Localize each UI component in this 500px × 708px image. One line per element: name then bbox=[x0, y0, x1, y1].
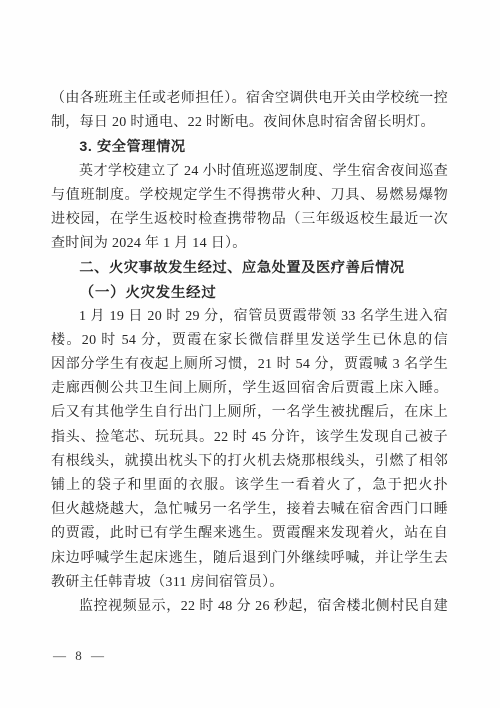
text-line: 因部分学生有夜起上厕所习惯，21 时 54 分，贾霞喊 3 名学生去 bbox=[51, 353, 448, 377]
document-body: （由各班班主任或老师担任）。宿舍空调供电开关由学校统一控 制，每日 20 时通电… bbox=[51, 87, 448, 619]
text-line: （由各班班主任或老师担任）。宿舍空调供电开关由学校统一控 bbox=[51, 87, 448, 111]
text-line: 的贾霞，此时已有学生醒来逃生。贾霞醒来发现着火，站在自己 bbox=[51, 522, 448, 546]
text-line: 指头、捡笔芯、玩玩具。22 时 45 分许，该学生发现自己被子上 bbox=[51, 426, 448, 450]
text-line: 床边呼喊学生起床逃生，随后退到门外继续呼喊，并让学生去叫 bbox=[51, 547, 448, 571]
text-line: 教研主任韩青坡（311 房间宿管员）。 bbox=[51, 571, 448, 595]
text-line: 监控视频显示，22 时 48 分 26 秒起，宿舍楼北侧村民自建 bbox=[51, 595, 448, 619]
text-line: 进校园，在学生返校时检查携带物品（三年级返校生最近一次检 bbox=[51, 208, 448, 232]
text-line: 与值班制度。学校规定学生不得携带火种、刀具、易燃易爆物品 bbox=[51, 184, 448, 208]
heading-section-two: 二、火灾事故发生经过、应急处置及医疗善后情况 bbox=[51, 256, 448, 280]
text-line: 楼。20 时 54 分，贾霞在家长微信群里发送学生已休息的信息。 bbox=[51, 329, 448, 353]
text-line: 但火越烧越大，急忙喊另一名学生，接着去喊在宿舍西门口睡着 bbox=[51, 498, 448, 522]
text-line: 英才学校建立了 24 小时值班巡逻制度、学生宿舍夜间巡查 bbox=[51, 160, 448, 184]
heading-subsection-one: （一）火灾发生经过 bbox=[51, 281, 448, 305]
heading-safety-management: 3. 安全管理情况 bbox=[51, 135, 448, 159]
text-line: 走廊西侧公共卫生间上厕所，学生返回宿舍后贾霞上床入睡。随 bbox=[51, 377, 448, 401]
text-line: 铺上的袋子和里面的衣服。该学生一看着火了，急于把火扑灭， bbox=[51, 474, 448, 498]
text-line: 查时间为 2024 年 1 月 14 日）。 bbox=[51, 232, 448, 256]
text-line: 1 月 19 日 20 时 29 分，宿管员贾霞带领 33 名学生进入宿舍 bbox=[51, 305, 448, 329]
document-page: （由各班班主任或老师担任）。宿舍空调供电开关由学校统一控 制，每日 20 时通电… bbox=[0, 0, 500, 708]
text-line: 有根线头，就摸出枕头下的打火机去烧那根线头，引燃了相邻床 bbox=[51, 450, 448, 474]
text-line: 制，每日 20 时通电、22 时断电。夜间休息时宿舍留长明灯。 bbox=[51, 111, 448, 135]
page-number: — 8 — bbox=[53, 648, 107, 664]
text-line: 后又有其他学生自行出门上厕所，一名学生被扰醒后，在床上抠 bbox=[51, 401, 448, 425]
